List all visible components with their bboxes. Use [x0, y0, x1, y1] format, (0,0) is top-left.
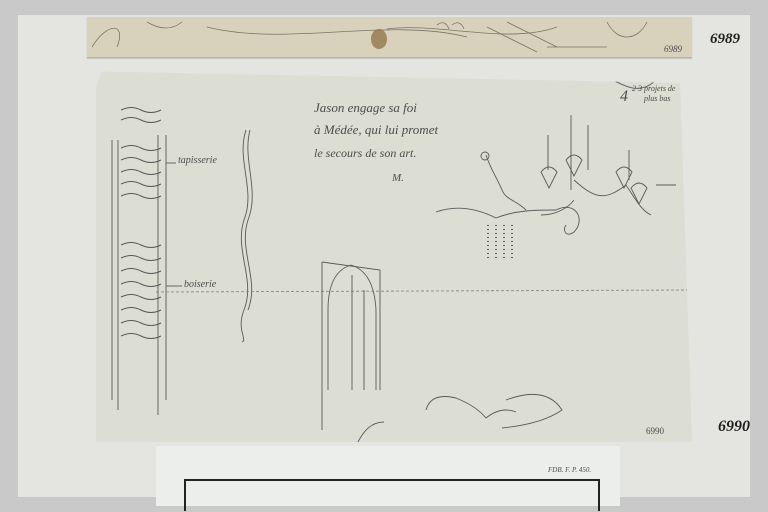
corner-number: 4 [620, 88, 628, 106]
annotation-line-2: à Médée, qui lui promet [314, 122, 438, 138]
annotation-line-1: Jason engage sa foi [314, 100, 417, 116]
strip-sketch-lines [87, 17, 692, 57]
strip-pen-number: 6989 [710, 31, 740, 48]
label-tapisserie: tapisserie [178, 155, 217, 166]
top-drawing-strip: 6989 [87, 17, 692, 58]
corner-note-1: 2 3 projets de [632, 84, 675, 93]
sheet-pen-number: 6990 [718, 418, 750, 436]
annotation-line-3: le secours de son art. [314, 146, 416, 161]
annotation-mark: M. [392, 172, 404, 184]
label-boiserie: boiserie [184, 279, 216, 290]
sheet-inventory-number: 6990 [646, 426, 664, 436]
bottom-frame-border [184, 479, 600, 511]
bottom-stamp: FDB. F. P. 450. [548, 466, 591, 474]
corner-note-2: plus bas [644, 94, 670, 103]
sheet-sketches [96, 60, 692, 442]
strip-inventory-number: 6989 [664, 44, 682, 54]
main-drawing-sheet: Jason engage sa foi à Médée, qui lui pro… [96, 60, 692, 442]
lower-mount-sheet: FDB. F. P. 450. [156, 446, 620, 506]
